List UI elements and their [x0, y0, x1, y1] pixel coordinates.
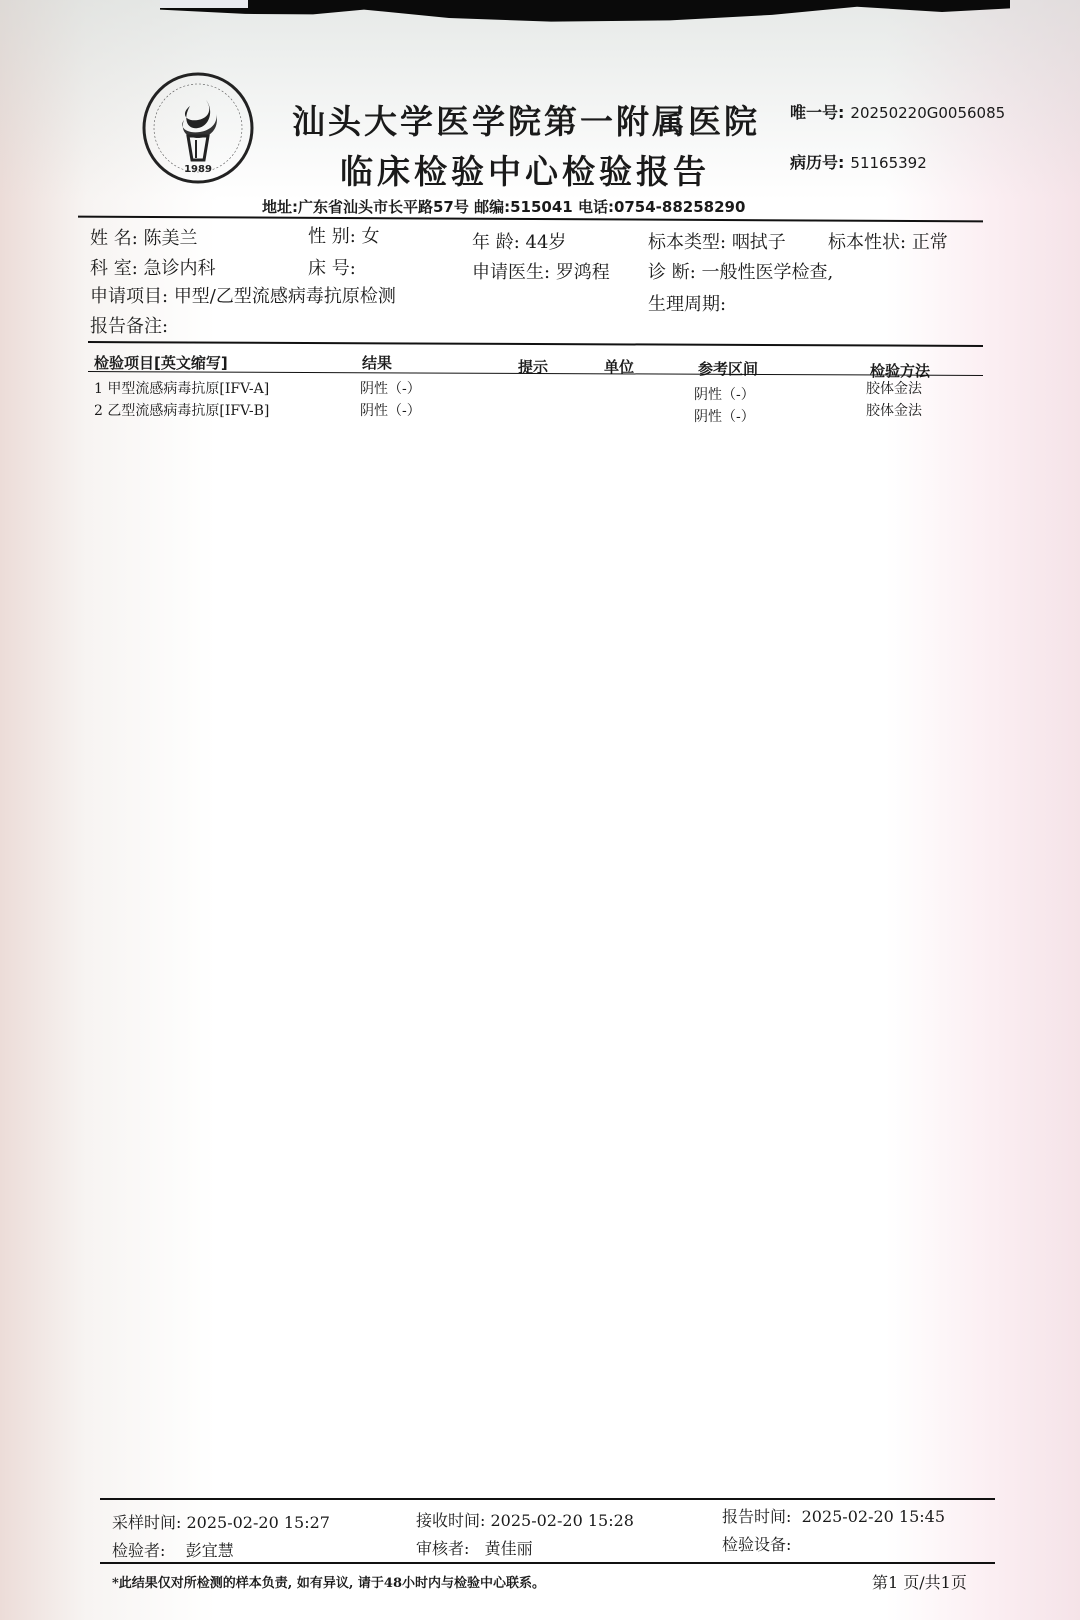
- cell-item: 2 乙型流感病毒抗原[IFV-B]: [94, 400, 269, 420]
- disclaimer: *此结果仅对所检测的样本负责, 如有异议, 请于48小时内与检验中心联系。: [112, 1572, 545, 1591]
- footer-bottom-rule: [100, 1562, 995, 1564]
- col-header-result: 结果: [362, 352, 392, 373]
- unique-id: 唯一号:20250220G0056085: [790, 100, 1005, 123]
- hospital-name: 汕头大学医学院第一附属医院: [292, 96, 760, 143]
- col-header-reference: 参考区间: [698, 358, 758, 379]
- hospital-logo-icon: 1989: [140, 70, 256, 186]
- col-header-item: 检验项目[英文缩写]: [94, 352, 228, 373]
- svg-text:1989: 1989: [184, 164, 212, 175]
- requesting-doctor: 申请医生: 罗鸿程: [472, 258, 610, 284]
- diagnosis: 诊 断: 一般性医学检查,: [648, 258, 833, 284]
- report-time: 报告时间: 2025-02-20 15:45: [722, 1504, 945, 1527]
- hospital-address: 地址:广东省汕头市长平路57号 邮编:515041 电话:0754-882582…: [262, 196, 745, 217]
- receive-time: 接收时间: 2025-02-20 15:28: [416, 1508, 634, 1531]
- cell-reference: 阴性（-）: [694, 384, 755, 404]
- cell-reference: 阴性（-）: [694, 406, 755, 426]
- cell-method: 胶体金法: [866, 400, 922, 420]
- sample-time: 采样时间: 2025-02-20 15:27: [112, 1510, 330, 1533]
- cell-method: 胶体金法: [866, 378, 922, 398]
- reviewer: 审核者: 黄佳丽: [416, 1536, 533, 1559]
- footer-top-rule: [100, 1498, 995, 1500]
- specimen-type: 标本类型: 咽拭子: [648, 228, 786, 254]
- cell-result: 阴性（-）: [360, 378, 421, 398]
- tester: 检验者: 彭宜慧: [112, 1538, 234, 1561]
- background-object: [160, 0, 248, 8]
- specimen-state: 标本性状: 正常: [828, 228, 948, 254]
- cell-result: 阴性（-）: [360, 400, 421, 420]
- report-title: 临床检验中心检验报告: [340, 146, 710, 193]
- patient-age: 年 龄: 44岁: [472, 228, 566, 254]
- report-remark: 报告备注:: [90, 312, 168, 338]
- physiological-cycle: 生理周期:: [648, 290, 726, 316]
- requested-test: 申请项目: 甲型/乙型流感病毒抗原检测: [90, 282, 396, 308]
- record-number: 病历号:51165392: [790, 150, 927, 173]
- patient-department: 科 室: 急诊内科: [90, 254, 216, 280]
- test-device: 检验设备:: [722, 1532, 791, 1555]
- patient-name: 姓 名: 陈美兰: [90, 224, 198, 250]
- patient-gender: 性 别: 女: [308, 222, 380, 248]
- table-top-rule: [88, 341, 983, 347]
- cell-item: 1 甲型流感病毒抗原[IFV-A]: [94, 378, 269, 398]
- page-number: 第1 页/共1页: [872, 1570, 967, 1593]
- patient-bed: 床 号:: [308, 254, 356, 280]
